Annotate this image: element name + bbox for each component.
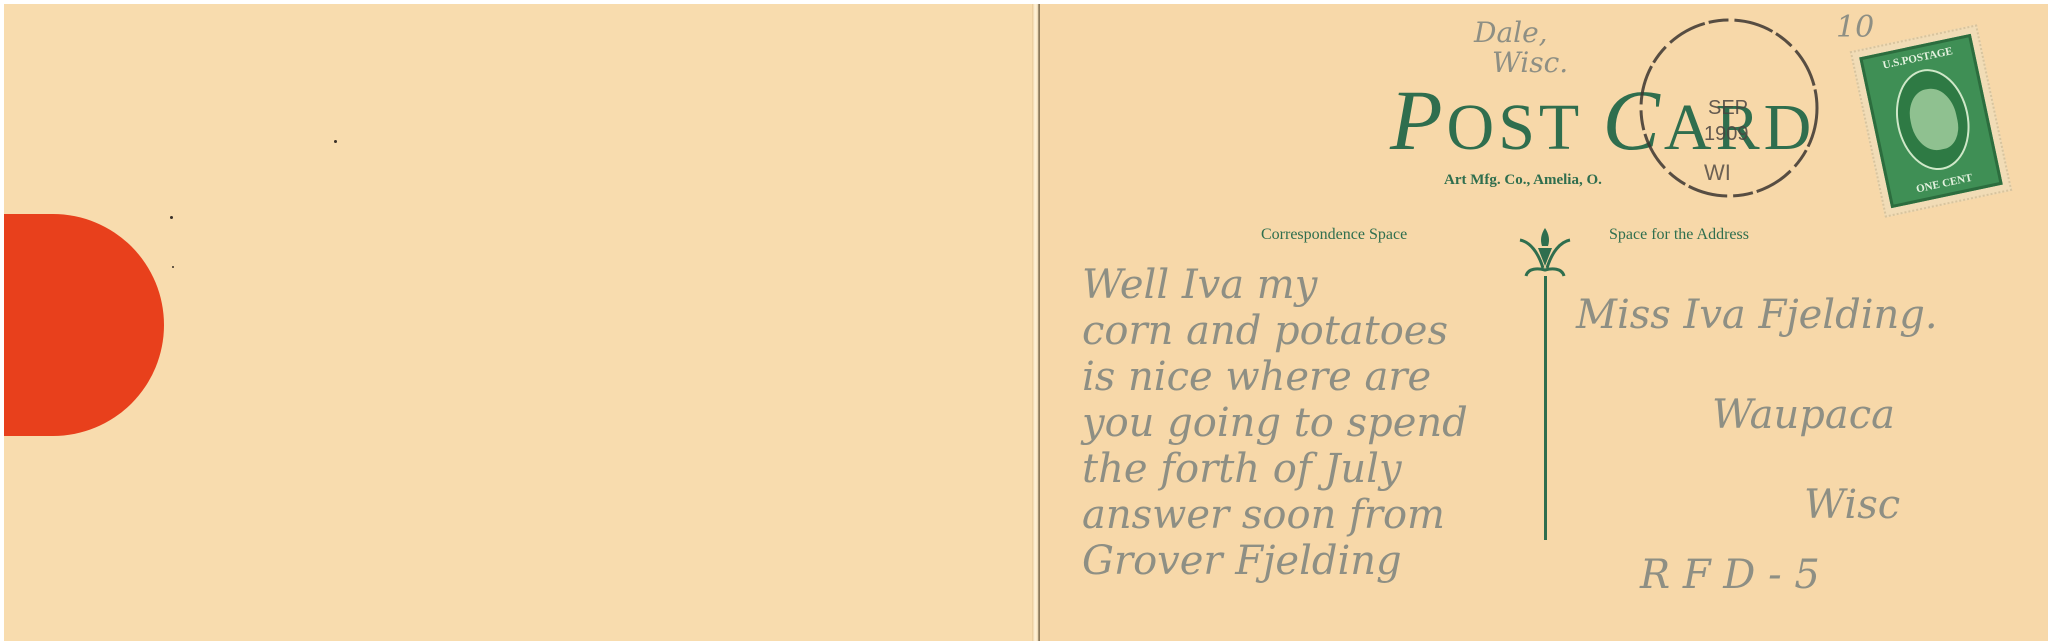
stamp-portrait-oval bbox=[1887, 62, 1979, 177]
title-rest-ost: OST bbox=[1447, 91, 1603, 164]
divider-line bbox=[1544, 276, 1547, 540]
message-line: corn and potatoes bbox=[1082, 308, 1468, 354]
address-recipient: Miss Iva Fjelding. bbox=[1576, 292, 1938, 338]
stamp-bottom-text: ONE CENT bbox=[1890, 167, 1998, 201]
message-line: the forth of July bbox=[1082, 446, 1468, 492]
message-line: Well Iva my bbox=[1082, 262, 1468, 308]
corner-number-note: 10 bbox=[1836, 10, 1874, 45]
title-initial-p: P bbox=[1390, 72, 1447, 168]
svg-text:SEP: SEP bbox=[1708, 97, 1748, 119]
svg-text:1909: 1909 bbox=[1704, 123, 1749, 145]
origin-pencil-note: Dale, Wisc. bbox=[1474, 18, 1568, 78]
stamp-frame: U.S.POSTAGE ONE CENT bbox=[1859, 34, 2003, 208]
origin-line-2: Wisc. bbox=[1474, 48, 1568, 78]
red-half-circle-seal bbox=[4, 214, 164, 436]
postmark-cancel: SEP 1909 WI bbox=[1624, 10, 1834, 206]
message-line: Grover Fjelding bbox=[1082, 538, 1468, 584]
message-line: you going to spend bbox=[1082, 400, 1468, 446]
correspondence-space-label: Correspondence Space bbox=[1261, 226, 1407, 244]
address-route: R F D - 5 bbox=[1640, 552, 1820, 598]
postcard-left-panel bbox=[4, 4, 1034, 641]
message-line: answer soon from bbox=[1082, 492, 1468, 538]
publisher-imprint: Art Mfg. Co., Amelia, O. bbox=[1444, 172, 1602, 189]
postcard: POST CARD Art Mfg. Co., Amelia, O. Corre… bbox=[4, 4, 2048, 641]
message-line: is nice where are bbox=[1082, 354, 1468, 400]
address-city: Waupaca bbox=[1712, 392, 1895, 438]
address-space-label: Space for the Address bbox=[1609, 226, 1749, 244]
address-state: Wisc bbox=[1804, 482, 1900, 528]
origin-line-1: Dale, bbox=[1474, 18, 1568, 48]
franklin-portrait-icon bbox=[1905, 84, 1963, 154]
svg-text:WI: WI bbox=[1704, 160, 1731, 185]
handwritten-message: Well Iva my corn and potatoes is nice wh… bbox=[1082, 262, 1468, 584]
lily-ornament-icon bbox=[1516, 226, 1574, 280]
